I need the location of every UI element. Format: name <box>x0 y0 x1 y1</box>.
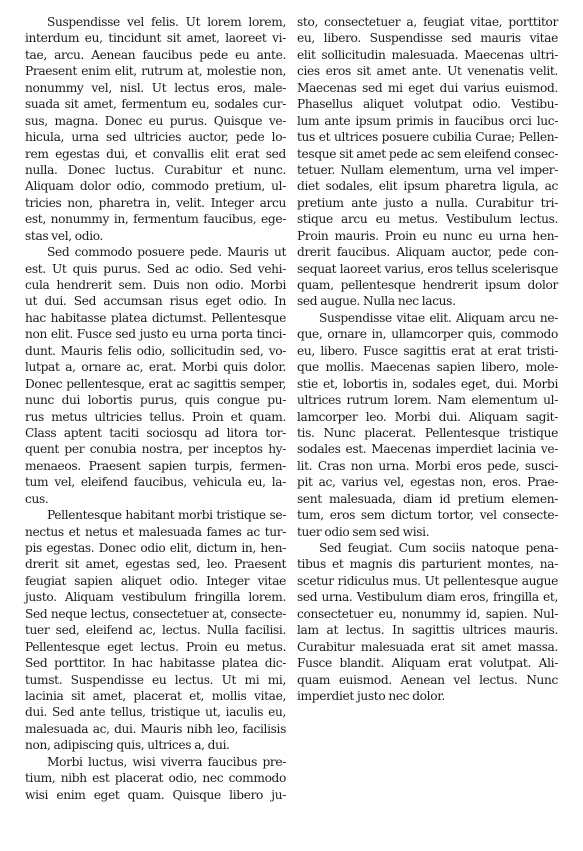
text-column-right: sto, consectetuer a, feugiat vitae, port… <box>297 14 558 704</box>
text-line: sus, magna. Donec eu purus. Quisque ve- <box>25 113 286 129</box>
text-line: stique arcu eu metus. Vestibulum lectus. <box>297 211 558 227</box>
text-line: tumst. Suspendisse eu lectus. Ut mi mi, <box>25 672 286 688</box>
text-line: Morbi luctus, wisi viverra faucibus pre- <box>25 754 286 770</box>
text-line: Sed porttitor. In hac habitasse platea d… <box>25 655 286 671</box>
text-line: tium, nibh est placerat odio, nec commod… <box>25 770 286 786</box>
text-line: sed urna. Vestibulum diam eros, fringill… <box>297 589 558 605</box>
text-line: Curabitur malesuada erat sit amet massa. <box>297 639 558 655</box>
text-line: rem egestas dui, et convallis elit erat … <box>25 146 286 162</box>
text-line: nunc dui lobortis purus, quis congue pu- <box>25 392 286 408</box>
text-line: Aliquam dolor odio, commodo pretium, ul- <box>25 178 286 194</box>
paragraph: Sed feugiat. Cum sociis natoque pena-tib… <box>297 540 558 704</box>
text-line: interdum eu, tincidunt sit amet, laoreet… <box>25 30 286 46</box>
text-line: ut dui. Sed accumsan risus eget odio. In <box>25 293 286 309</box>
text-line: tuer sed, eleifend ac, lectus. Nulla fac… <box>25 622 286 638</box>
paragraph: Sed commodo posuere pede. Mauris utest. … <box>25 244 286 507</box>
text-line: sequat laoreet varius, eros tellus scele… <box>297 261 558 277</box>
text-line: menaeos. Praesent sapien turpis, fermen- <box>25 458 286 474</box>
paragraph: Morbi luctus, wisi viverra faucibus pre-… <box>25 754 286 803</box>
text-line: Praesent enim elit, rutrum at, molestie … <box>25 63 286 79</box>
text-line: quam euismod. Aenean vel lectus. Nunc <box>297 672 558 688</box>
text-line: rus metus ultricies tellus. Proin et qua… <box>25 409 286 425</box>
text-line: lum ante ipsum primis in faucibus orci l… <box>297 113 558 129</box>
text-line: lit. Cras non urna. Morbi eros pede, sus… <box>297 458 558 474</box>
paragraph: Suspendisse vitae elit. Aliquam arcu ne-… <box>297 310 558 540</box>
text-line: hicula, urna sed ultricies auctor, pede … <box>25 129 286 145</box>
text-line: nonummy vel, nisl. Ut lectus eros, male- <box>25 80 286 96</box>
text-line: stie et, lobortis in, sodales eget, dui.… <box>297 376 558 392</box>
document-page: Suspendisse vel felis. Ut lorem lorem,in… <box>0 0 583 851</box>
text-line: tae, arcu. Aenean faucibus pede eu ante. <box>25 47 286 63</box>
text-line: Sed commodo posuere pede. Mauris ut <box>25 244 286 260</box>
text-line: dui. Sed ante tellus, tristique ut, iacu… <box>25 704 286 720</box>
text-line: sent malesuada, diam id pretium elemen- <box>297 491 558 507</box>
text-line: stas vel, odio. <box>25 228 286 244</box>
text-line: wisi enim eget quam. Quisque libero ju- <box>25 787 286 803</box>
text-line: lacinia sit amet, placerat et, mollis vi… <box>25 688 286 704</box>
text-line: tis. Nunc placerat. Pellentesque tristiq… <box>297 425 558 441</box>
text-line: Proin mauris. Proin eu nunc eu urna hen- <box>297 228 558 244</box>
text-line: sed augue. Nulla nec lacus. <box>297 293 558 309</box>
text-line: eu, libero. Suspendisse sed mauris vitae <box>297 30 558 46</box>
text-line: Suspendisse vitae elit. Aliquam arcu ne- <box>297 310 558 326</box>
text-line: Donec pellentesque, erat ac sagittis sem… <box>25 376 286 392</box>
text-line: suada sit amet, fermentum eu, sodales cu… <box>25 96 286 112</box>
text-line: drerit sit amet, egestas sed, leo. Praes… <box>25 556 286 572</box>
text-line: elit sollicitudin malesuada. Maecenas ul… <box>297 47 558 63</box>
text-line: quam, pellentesque hendrerit ipsum dolor <box>297 277 558 293</box>
text-line: Maecenas sed mi eget dui varius euismod. <box>297 80 558 96</box>
text-line: cula hendrerit sem. Duis non odio. Morbi <box>25 277 286 293</box>
text-line: scetur ridiculus mus. Ut pellentesque au… <box>297 573 558 589</box>
text-line: eu, libero. Fusce sagittis erat at erat … <box>297 343 558 359</box>
paragraph: sto, consectetuer a, feugiat vitae, port… <box>297 14 558 310</box>
text-line: non elit. Fusce sed justo eu urna porta … <box>25 326 286 342</box>
text-line: cus. <box>25 491 286 507</box>
text-line: sto, consectetuer a, feugiat vitae, port… <box>297 14 558 30</box>
text-line: justo. Aliquam vestibulum fringilla lore… <box>25 589 286 605</box>
text-line: ultrices rutrum lorem. Nam elementum ul- <box>297 392 558 408</box>
text-line: Sed neque lectus, consectetuer at, conse… <box>25 606 286 622</box>
text-line: lamcorper leo. Morbi dui. Aliquam sagit- <box>297 409 558 425</box>
text-line: quent per conubia nostra, per inceptos h… <box>25 441 286 457</box>
text-line: dunt. Mauris felis odio, sollicitudin se… <box>25 343 286 359</box>
text-line: sodales est. Maecenas imperdiet lacinia … <box>297 441 558 457</box>
text-line: lam at lectus. In sagittis ultrices maur… <box>297 622 558 638</box>
text-line: Pellentesque eget lectus. Proin eu metus… <box>25 639 286 655</box>
text-line: pit ac, varius vel, egestas non, eros. P… <box>297 474 558 490</box>
text-line: imperdiet justo nec dolor. <box>297 688 558 704</box>
paragraph: Suspendisse vel felis. Ut lorem lorem,in… <box>25 14 286 244</box>
text-line: malesuada ac, dui. Mauris nibh leo, faci… <box>25 721 286 737</box>
text-line: diet sodales, elit ipsum pharetra ligula… <box>297 178 558 194</box>
text-line: est. Ut quis purus. Sed ac odio. Sed veh… <box>25 261 286 277</box>
text-line: nectus et netus et malesuada fames ac tu… <box>25 524 286 540</box>
text-line: drerit faucibus. Aliquam auctor, pede co… <box>297 244 558 260</box>
text-line: pis egestas. Donec odio elit, dictum in,… <box>25 540 286 556</box>
text-line: tibus et magnis dis parturient montes, n… <box>297 556 558 572</box>
text-line: non, adipiscing quis, ultrices a, dui. <box>25 737 286 753</box>
text-line: lutpat a, ornare ac, erat. Morbi quis do… <box>25 359 286 375</box>
text-line: que mollis. Maecenas sapien libero, mole… <box>297 359 558 375</box>
text-line: tuer odio sem sed wisi. <box>297 524 558 540</box>
text-line: Class aptent taciti sociosqu ad litora t… <box>25 425 286 441</box>
text-line: hac habitasse platea dictumst. Pellentes… <box>25 310 286 326</box>
text-line: tum vel, eleifend faucibus, vehicula eu,… <box>25 474 286 490</box>
text-line: Phasellus aliquet volutpat odio. Vestibu… <box>297 96 558 112</box>
text-line: est, nonummy in, fermentum faucibus, ege… <box>25 211 286 227</box>
text-line: Suspendisse vel felis. Ut lorem lorem, <box>25 14 286 30</box>
text-line: tum, eros sem dictum tortor, vel consect… <box>297 507 558 523</box>
text-line: consectetuer eu, nonummy id, sapien. Nul… <box>297 606 558 622</box>
text-line: feugiat sapien aliquet odio. Integer vit… <box>25 573 286 589</box>
text-line: tus et ultrices posuere cubilia Curae; P… <box>297 129 558 145</box>
text-column-left: Suspendisse vel felis. Ut lorem lorem,in… <box>25 14 286 803</box>
text-line: tricies non, pharetra in, velit. Integer… <box>25 195 286 211</box>
text-line: Pellentesque habitant morbi tristique se… <box>25 507 286 523</box>
paragraph: Pellentesque habitant morbi tristique se… <box>25 507 286 754</box>
text-line: pretium ante justo a nulla. Curabitur tr… <box>297 195 558 211</box>
text-line: tetuer. Nullam elementum, urna vel imper… <box>297 162 558 178</box>
text-line: cies eros sit amet ante. Ut venenatis ve… <box>297 63 558 79</box>
text-line: Sed feugiat. Cum sociis natoque pena- <box>297 540 558 556</box>
text-line: Fusce blandit. Aliquam erat volutpat. Al… <box>297 655 558 671</box>
text-line: tesque sit amet pede ac sem eleifend con… <box>297 146 558 162</box>
text-line: que, ornare in, ullamcorper quis, commod… <box>297 326 558 342</box>
text-line: nulla. Donec luctus. Curabitur et nunc. <box>25 162 286 178</box>
